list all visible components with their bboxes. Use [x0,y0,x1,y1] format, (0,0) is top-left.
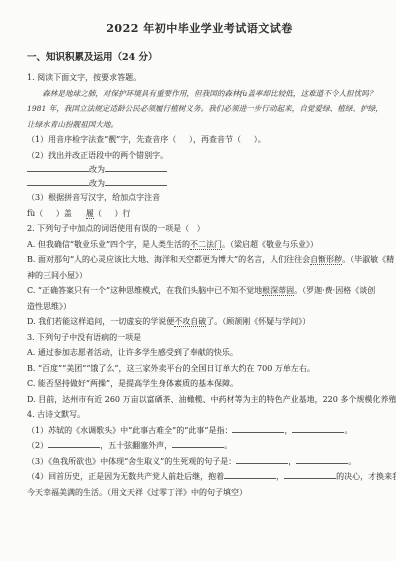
option-text: C. “正确答案只有一个”这种思维模式，在我们头脑中已不知不觉地 [27,286,262,295]
punctuation: 。 [224,441,232,450]
exam-page: 2022 年初中毕业学业考试语文试卷 一、知识积累及运用（24 分） 1. 阅读… [0,0,396,561]
q1-sub3: （3）根据拼音写汉字，给加点字注音 [27,190,372,206]
emphasized-word: 不攻自破 [174,317,206,327]
q1-correction-row-2: 改为 [27,177,372,191]
q1-passage-line1: 森林是地球之肺，对保护环境具有重要作用，但我国的森林fù盖率却比较低，这难道不令… [27,86,372,102]
q1-sub1: （1）用音序检字法查“靓”字，先查音序（ ），再查音节（ ）。 [27,132,372,148]
correction-label: 改为 [89,165,105,174]
q3-option-b: B. “百度”“美团”“饿了么”，这三家外卖平台的全国日订单大约在 700 万单… [27,361,372,377]
q2-option-d: D. 我们若能这样追问，一切虚妄的学说便不攻自破了。（顾颉刚《怀疑与学问》） [27,314,372,330]
answer-blank [27,163,89,172]
q1-passage-line3: 让绿水青山扮靓祖国大地。 [27,117,372,133]
answer-blank [105,177,167,186]
q2-option-b-line1: B. 面对那句“人的心灵应该比大地、海洋和天空都更为博大”的名言，人们往往会自惭… [27,252,372,268]
q1-stem: 1. 阅读下面文字，按要求答题。 [27,70,372,86]
answer-blank [284,470,336,479]
option-text: B. 面对那句“人的心灵应该比大地、海洋和天空都更为博大”的名言，人们往往会 [27,255,310,264]
pinyin-part1: fù（ ）盖 [27,209,72,218]
pinyin-part2: （ ）行 [94,209,131,218]
punctuation: ， [276,472,284,481]
option-text: 。（罗迦·费·因格《谈创 [294,286,375,295]
dotted-char: 履 [86,209,94,219]
q2-option-b-line2: 神的三间小屋》） [27,268,372,284]
answer-blank [236,455,288,464]
question-text: （2） [27,441,48,450]
answer-blank [27,177,89,186]
q4-sub1: （1）苏轼的《水调歌头》中“此事古难全”的“此事”是指：，。 [27,423,372,439]
q3-option-a: A. 通过参加志愿者活动，让许多学生感受到了奉献的快乐。 [27,345,372,361]
answer-blank [48,439,100,448]
q3-stem: 3. 下列句子中没有语病的一项是 [27,330,372,346]
punctuation: ， [284,426,292,435]
question-text: （3）《鱼我所欲也》中体现“舍生取义”的生死观的句子是： [27,457,236,466]
q3-option-d: D. 目前，达州市有近 260 万亩以富硒茶、油橄榄、中药材等为主的特色产业基地… [27,392,372,408]
q4-stem: 4. 古诗文默写。 [27,407,372,423]
q1-correction-row-1: 改为 [27,163,372,177]
answer-blank [292,424,344,433]
question-text: （4）回首历史，正是因为无数共产党人前赴后继，抱着 [27,472,224,481]
answer-blank [296,455,348,464]
answer-blank [172,439,224,448]
emphasized-word: 根深蒂固 [262,286,294,296]
answer-blank [232,424,284,433]
q4-sub4-line2: 今天幸福美满的生活。（用文天祥《过零丁洋》中的句子填空） [27,485,372,501]
q3-option-c: C. 能否坚持做好“两操”，是提高学生身体素质的基本保障。 [27,376,372,392]
q2-option-c-line2: 造性思维》） [27,299,372,315]
option-text: D. 我们若能这样追问，一切虚妄的学说便 [27,317,174,326]
question-text: 的决心，才换来我们 [336,472,396,481]
q2-stem: 2. 下列句子中加点的词语使用有误的一项是（ ） [27,221,372,237]
answer-blank [224,470,276,479]
section-heading: 一、知识积累及运用（24 分） [27,49,372,63]
q1-sub2: （2）找出并改正语段中的两个错别字。 [27,148,372,164]
exam-title: 2022 年初中毕业学业考试语文试卷 [27,20,372,36]
q4-sub4-line1: （4）回首历史，正是因为无数共产党人前赴后继，抱着，的决心，才换来我们 [27,469,372,485]
q2-option-a: A. 但我确信“敬业乐业”四个字，是人类生活的不二法门。（梁启超《敬业与乐业》） [27,237,372,253]
option-text: 。（梁启超《敬业与乐业》） [222,240,318,249]
q4-sub2: （2），五十弦翻塞外声，。 [27,438,372,454]
question-text: （1）苏轼的《水调歌头》中“此事古难全”的“此事”是指： [27,426,232,435]
punctuation: 。 [344,426,352,435]
punctuation: ， [288,457,296,466]
emphasized-word: 自惭形秽 [310,255,342,265]
correction-label: 改为 [89,179,105,188]
q4-sub3: （3）《鱼我所欲也》中体现“舍生取义”的生死观的句子是：，。 [27,454,372,470]
option-text: A. 但我确信“敬业乐业”四个字，是人类生活的 [27,240,190,249]
punctuation: 。 [348,457,356,466]
emphasized-word: 不二法门 [190,240,222,250]
q2-option-c-line1: C. “正确答案只有一个”这种思维模式，在我们头脑中已不知不觉地根深蒂固。（罗迦… [27,283,372,299]
q1-pinyin-row: fù（ ）盖履（ ）行 [27,206,372,222]
option-text: 。（毕淑敏《精 [342,255,394,264]
q1-passage-line2: 1981 年，我国立法规定适龄公民必须履行植树义务。我们必须进一步行动起来，自觉… [27,101,372,117]
option-text: 了。（顾颉刚《怀疑与学问》） [206,317,310,326]
answer-blank [105,163,167,172]
question-text: ，五十弦翻塞外声， [100,441,172,450]
